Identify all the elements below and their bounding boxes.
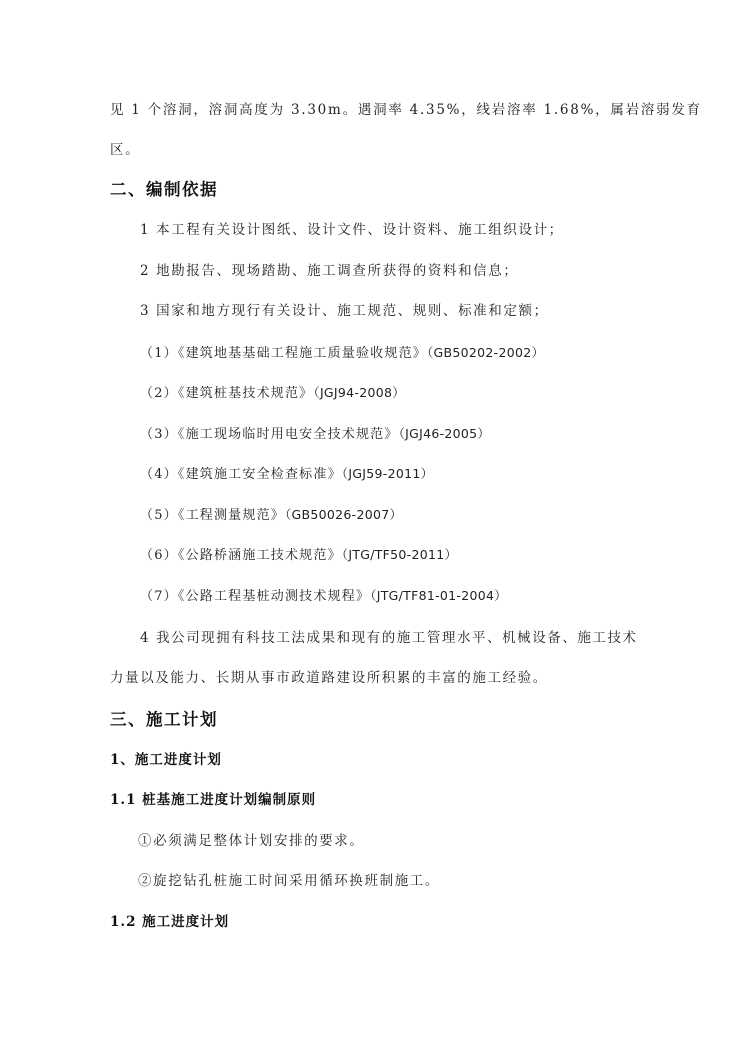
reference-number: （5） (140, 508, 178, 523)
reference-title: 《建筑地基基础工程施工质量验收规范》 (178, 346, 427, 361)
reference-code: （GB50202-2002） (427, 345, 544, 360)
reference-code: （JTG/TF81-01-2004） (370, 588, 507, 603)
reference-number: （7） (140, 589, 178, 604)
document-page: 见 1 个溶洞，溶洞高度为 3.30m。遇洞率 4.35%，线岩溶率 1.68%… (0, 0, 744, 1052)
reference-code: （GB50026-2007） (285, 507, 402, 522)
reference-item-7: （7）《公路工程基桩动测技术规程》（JTG/TF81-01-2004） (140, 587, 507, 606)
reference-code: （JGJ46-2005） (399, 426, 491, 441)
subsection-1-2-heading: 1.2 施工进度计划 (110, 913, 229, 931)
reference-code: （JTG/TF50-2011） (342, 547, 458, 562)
reference-item-4: （4）《建筑施工安全检查标准》（JGJ59-2011） (140, 465, 433, 484)
basis-item-4-line-1: 4 我公司现拥有科技工法成果和现有的施工管理水平、机械设备、施工技术 (140, 629, 638, 647)
basis-item-2: 2 地勘报告、现场踏勘、施工调查所获得的资料和信息； (140, 262, 518, 280)
reference-item-6: （6）《公路桥涵施工技术规范》（JTG/TF50-2011） (140, 546, 457, 565)
reference-number: （1） (140, 346, 178, 361)
reference-title: 《建筑施工安全检查标准》 (178, 467, 342, 482)
subsection-1-1-heading: 1.1 桩基施工进度计划编制原则 (110, 791, 316, 809)
reference-title: 《工程测量规范》 (178, 508, 285, 523)
reference-number: （3） (140, 427, 178, 442)
reference-item-1: （1）《建筑地基基础工程施工质量验收规范》（GB50202-2002） (140, 344, 544, 363)
reference-title: 《建筑桩基技术规范》 (178, 386, 314, 401)
intro-line-2: 区。 (110, 141, 140, 159)
reference-number: （4） (140, 467, 178, 482)
reference-title: 《公路工程基桩动测技术规程》 (178, 589, 370, 604)
reference-item-2: （2）《建筑桩基技术规范》（JGJ94-2008） (140, 384, 405, 403)
reference-title: 《施工现场临时用电安全技术规范》 (178, 427, 399, 442)
reference-item-5: （5）《工程测量规范》（GB50026-2007） (140, 506, 402, 525)
principle-item-1: ①必须满足整体计划安排的要求。 (138, 832, 365, 850)
basis-item-4-line-2: 力量以及能力、长期从事市政道路建设所积累的丰富的施工经验。 (110, 669, 548, 687)
reference-title: 《公路桥涵施工技术规范》 (178, 548, 342, 563)
principle-item-2: ②旋挖钻孔桩施工时间采用循环换班制施工。 (138, 872, 440, 890)
reference-item-3: （3）《施工现场临时用电安全技术规范》（JGJ46-2005） (140, 425, 490, 444)
reference-code: （JGJ59-2011） (342, 466, 434, 481)
section-2-heading: 二、编制依据 (110, 179, 218, 201)
reference-number: （6） (140, 548, 178, 563)
reference-code: （JGJ94-2008） (313, 385, 405, 400)
basis-item-3: 3 国家和地方现行有关设计、施工规范、规则、标准和定额； (140, 302, 549, 320)
intro-line-1: 见 1 个溶洞，溶洞高度为 3.30m。遇洞率 4.35%，线岩溶率 1.68%… (110, 101, 702, 119)
section-3-heading: 三、施工计划 (110, 709, 218, 731)
basis-item-1: 1 本工程有关设计图纸、设计文件、设计资料、施工组织设计； (140, 221, 564, 239)
subsection-1-heading: 1、施工进度计划 (110, 751, 222, 769)
reference-number: （2） (140, 386, 178, 401)
